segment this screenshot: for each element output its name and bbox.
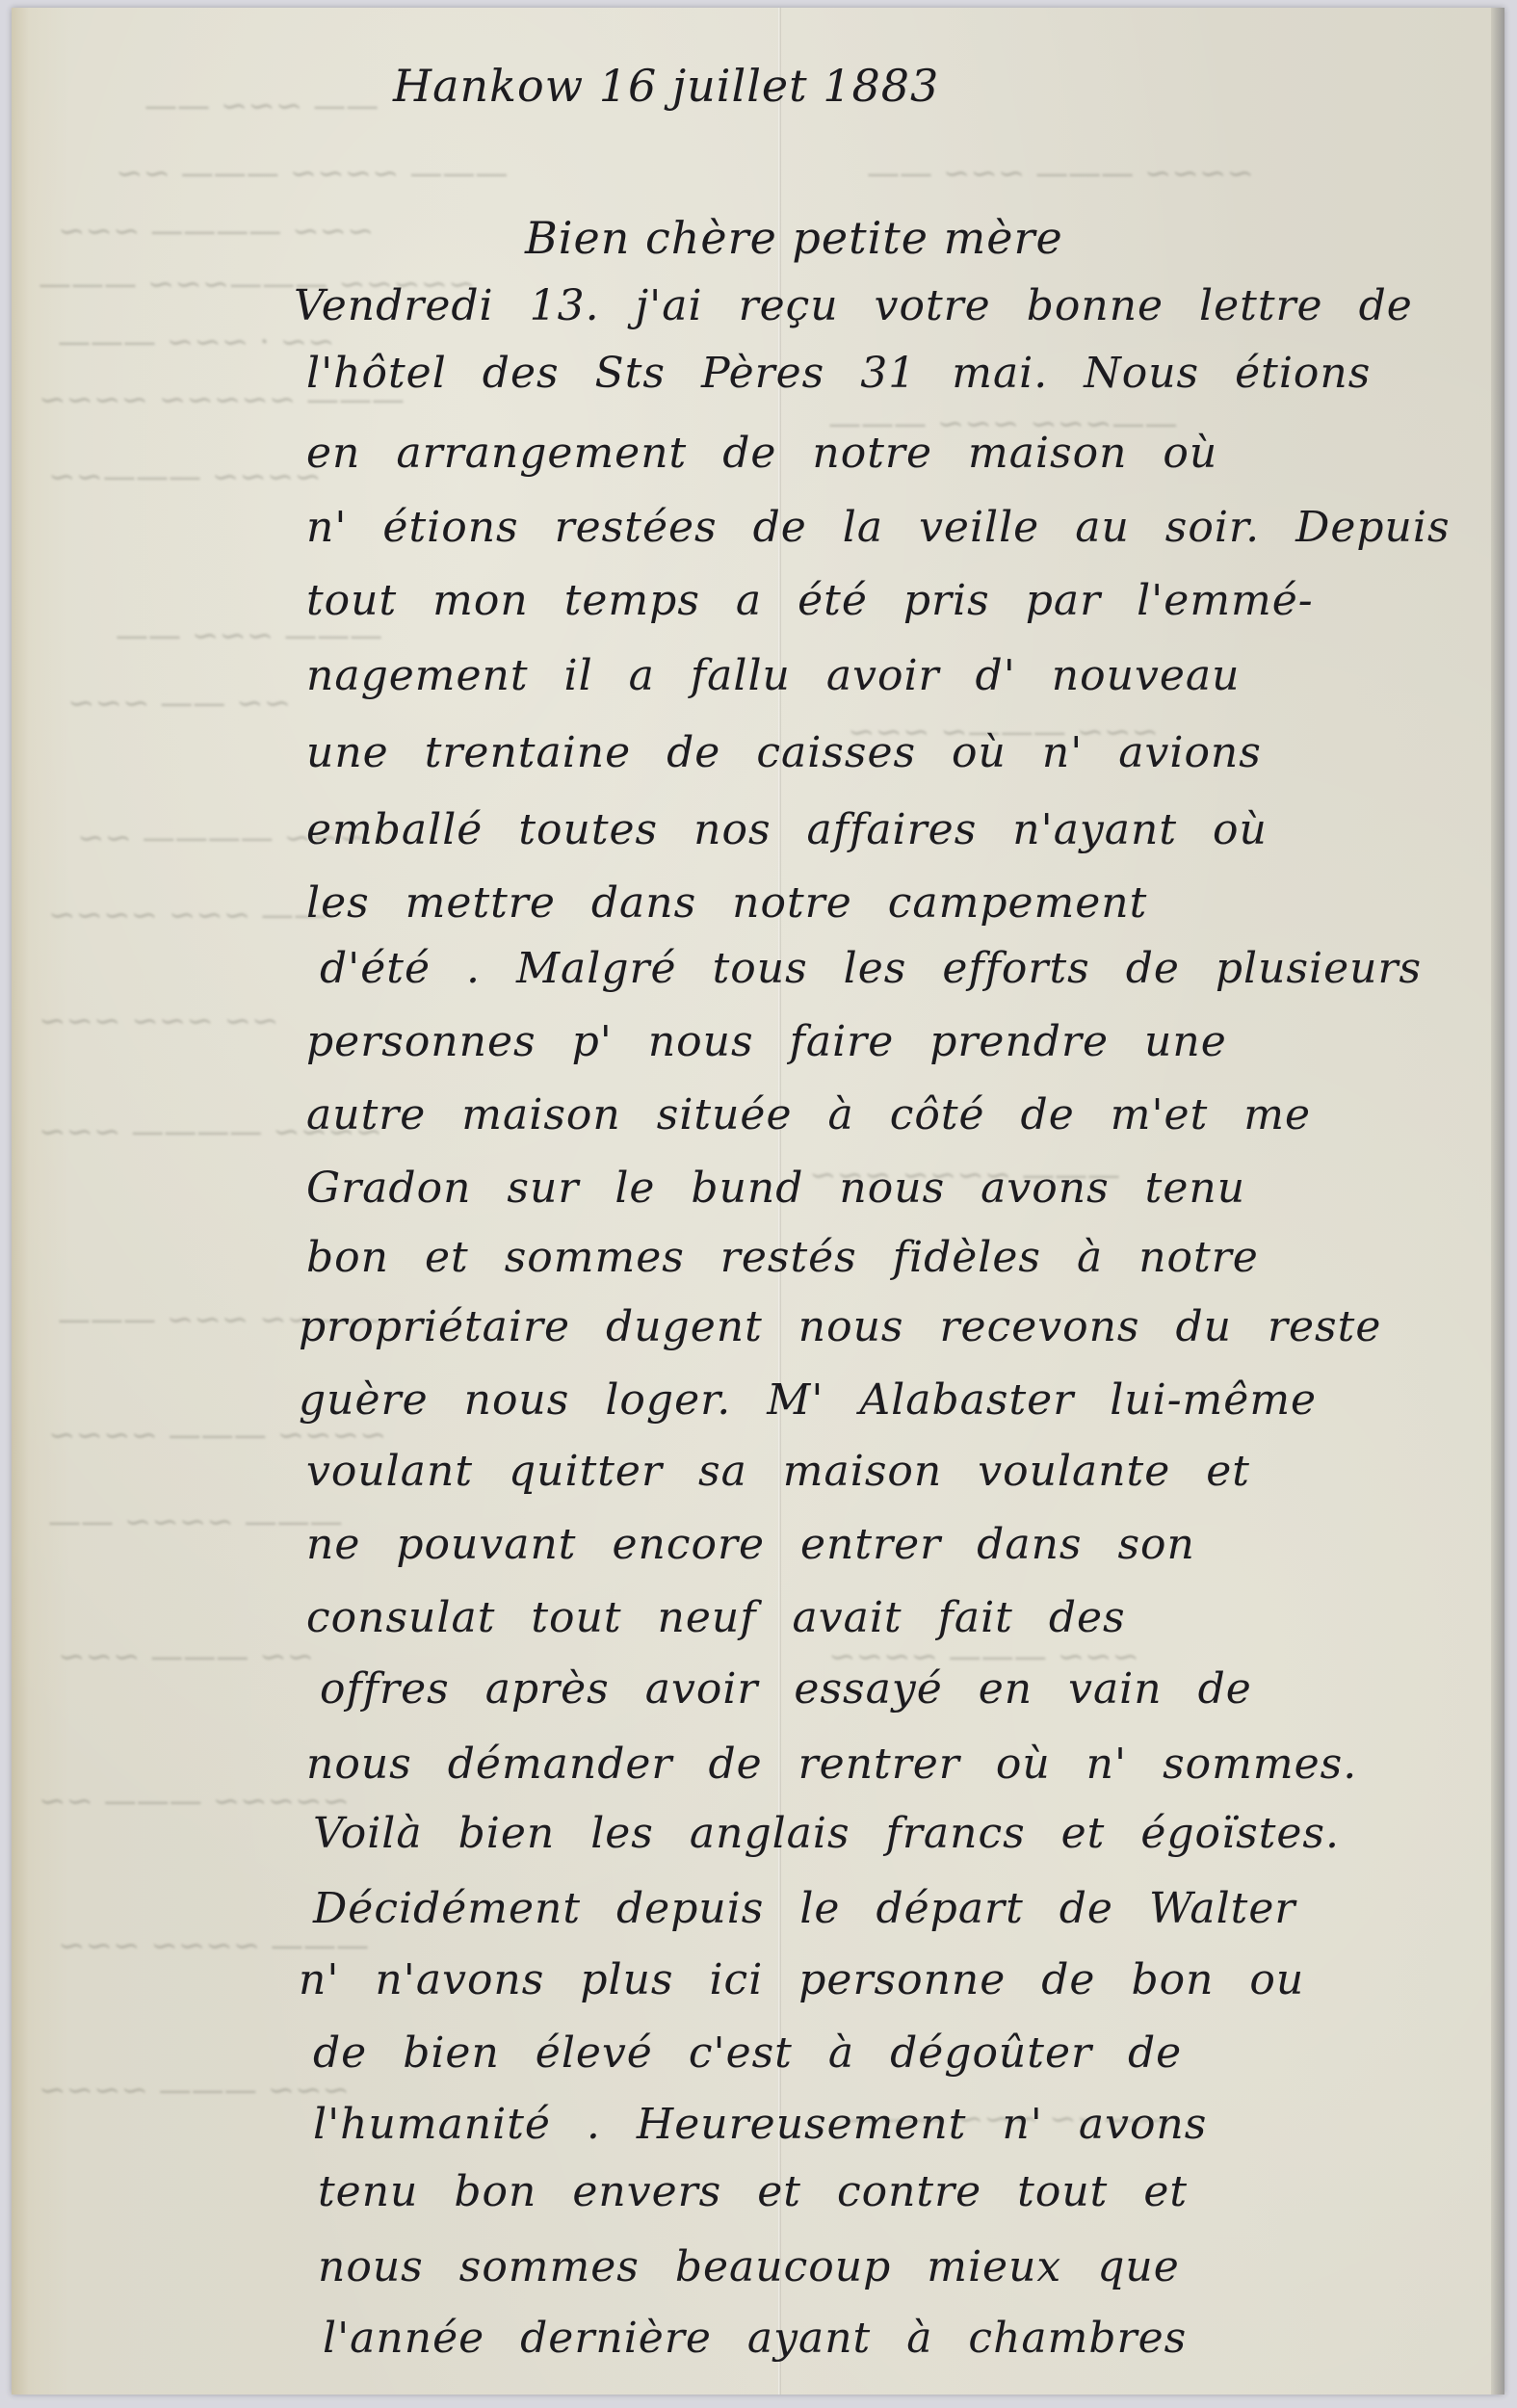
letter-line: offres après avoir essayé en vain de [320, 1664, 1252, 1714]
letter-line: l'hôtel des Sts Pères 31 mai. Nous étion… [306, 349, 1371, 398]
letter-line: Voilà bien les anglais francs et égoïste… [313, 1809, 1340, 1858]
letter-line: Vendredi 13. j'ai reçu votre bonne lettr… [294, 281, 1413, 330]
bleed-through-text: ~~~ ———— ~~~ [58, 212, 375, 250]
letter-line: consulat tout neuf avait fait des [306, 1593, 1126, 1642]
letter-line: nous démander de rentrer où n' sommes. [306, 1740, 1357, 1789]
bleed-through-text: ~~ ——— ~~~ [58, 1637, 314, 1676]
letter-line: Décidément depuis le départ de Walter [313, 1884, 1295, 1933]
letter-line: personnes p' nous faire prendre une [306, 1017, 1227, 1066]
bleed-through-text: ~~ ~~~ ~~~ [39, 1002, 279, 1040]
bleed-through-text: ~~ —— ~~~ [67, 684, 291, 722]
letter-line: n' étions restées de la veille au soir. … [306, 503, 1451, 552]
letter-line: n' n'avons plus ici personne de bon ou [299, 1955, 1304, 2004]
letter-line: nous sommes beaucoup mieux que [318, 2242, 1180, 2291]
letter-line: nagement il a fallu avoir d' nouveau [306, 651, 1240, 700]
bleed-through-text: —— ~~~ ~~~~ [48, 896, 327, 934]
bleed-through-text: ~~~ ——— ~~~~ [39, 2071, 350, 2109]
bleed-through-text: ——— ~~~~ ——— ~~ [116, 154, 508, 193]
letter-line: voulant quitter sa maison voulante et [306, 1447, 1250, 1496]
letter-line: l'humanité . Heureusement n' avons [313, 2100, 1207, 2149]
paper-right-edge-shadow [1491, 8, 1504, 2395]
letter-line: bon et sommes restés fidèles à notre [306, 1233, 1259, 1282]
bleed-through-text: ~~~~ ———~~ [48, 458, 322, 496]
bleed-through-text: ~~~~~ ——— ~~ [39, 1782, 350, 1820]
letter-line: Gradon sur le bund nous avons tenu [306, 1164, 1245, 1213]
bleed-through-text: ~~~~ ——— ~~~ —— [867, 154, 1254, 193]
letter-line: en arrangement de notre maison où [306, 429, 1217, 478]
letter-place-date: Hankow 16 juillet 1883 [393, 60, 939, 112]
bleed-through-text: —— ~~~ —— [144, 87, 379, 125]
letter-line: tenu bon envers et contre tout et [318, 2167, 1188, 2216]
letter-line: une trentaine de caisses où n' avions [306, 728, 1262, 777]
letter-line: autre maison située à côté de m'et me [306, 1090, 1311, 1139]
letter-line: propriétaire dugent nous recevons du res… [299, 1302, 1381, 1351]
letter-line: tout mon temps a été pris par l'emmé- [306, 576, 1314, 625]
letter-line: l'année dernière ayant à chambres [323, 2314, 1187, 2363]
bleed-through-text: ——— ~~~~ —— [48, 1503, 343, 1541]
letter-salutation: Bien chère petite mère [525, 212, 1063, 264]
letter-line: guère nous loger. M' Alabaster lui-même [299, 1375, 1317, 1425]
letter-line: les mettre dans notre campement [306, 878, 1147, 928]
letter-line: emballé toutes nos affaires n'ayant où [306, 805, 1268, 854]
letter-line: ne pouvant encore entrer dans son [306, 1520, 1195, 1569]
letter-line: de bien élevé c'est à dégoûter de [313, 2028, 1182, 2078]
letter-line: d'été . Malgré tous les efforts de plusi… [320, 944, 1422, 993]
